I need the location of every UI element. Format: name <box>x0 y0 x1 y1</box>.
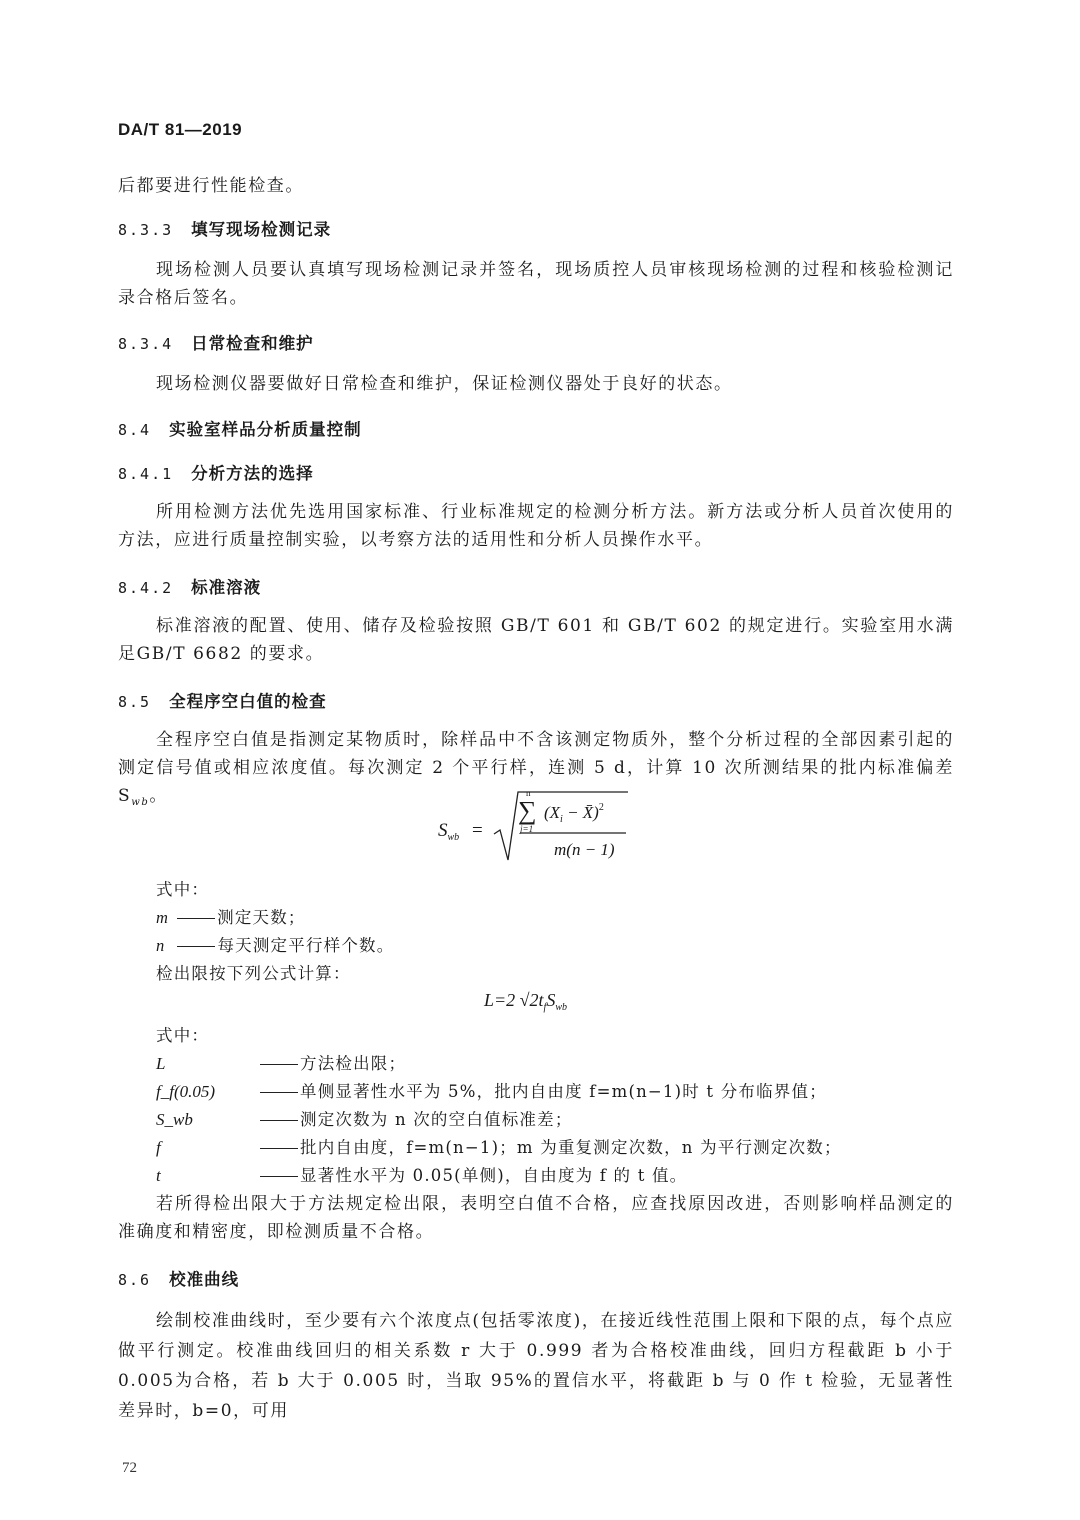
where-label-2: 式中： <box>156 1022 209 1046</box>
section-heading-8-4-1: 8.4.1分析方法的选择 <box>118 460 314 484</box>
definition-Swb: S_wb测定次数为 n 次的空白值标准差； <box>156 1106 573 1130</box>
def-symbol: L <box>156 1054 260 1074</box>
em-dash <box>177 946 215 947</box>
sum-lower: j=1 <box>520 824 533 834</box>
section-body-8-4-1: 所用检测方法优先选用国家标准、行业标准规定的检测分析方法。新方法或分析人员首次使… <box>118 498 954 554</box>
em-dash <box>260 1064 298 1065</box>
lod-intro: 检出限按下列公式计算： <box>156 960 351 984</box>
section-number: 8.4.2 <box>118 579 173 597</box>
em-dash <box>260 1176 298 1177</box>
section-heading-8-3-3: 8.3.3填写现场检测记录 <box>118 216 331 240</box>
section-body-8-6: 绘制校准曲线时，至少要有六个浓度点(包括零浓度)，在接近线性范围上限和下限的点，… <box>118 1306 954 1426</box>
def-text: 显著性水平为 0.05(单侧)，自由度为 f 的 t 值。 <box>300 1166 687 1185</box>
numerator-x: (X <box>544 803 560 822</box>
formula-lhs-sub: wb <box>448 832 460 843</box>
section-body-8-3-3: 现场检测人员要认真填写现场检测记录并签名，现场质控人员审核现场检测的过程和核验检… <box>118 256 954 312</box>
section-title: 实验室样品分析质量控制 <box>169 420 362 439</box>
section-number: 8.3.3 <box>118 221 173 239</box>
numerator-sup: 2 <box>599 802 604 813</box>
def-symbol: f <box>156 1138 260 1158</box>
sum-icon: ∑ <box>518 796 537 826</box>
section-title: 校准曲线 <box>169 1270 239 1289</box>
section-title: 分析方法的选择 <box>191 464 314 483</box>
definition-t: t显著性水平为 0.05(单侧)，自由度为 f 的 t 值。 <box>156 1162 687 1186</box>
section-body-8-3-4: 现场检测仪器要做好日常检查和维护，保证检测仪器处于良好的状态。 <box>156 370 733 398</box>
def-text: 单侧显著性水平为 5%，批内自由度 f=m(n−1)时 t 分布临界值； <box>300 1082 827 1101</box>
em-dash <box>260 1148 298 1149</box>
formula-std-dev: Swb = n ∑ j=1 (Xi − X̄)2 m(n − 1) <box>436 790 676 870</box>
definition-m: m测定天数； <box>156 904 306 928</box>
subscript: wb <box>131 797 149 808</box>
em-dash <box>177 918 215 919</box>
em-dash <box>260 1092 298 1093</box>
document-page: DA/T 81—2019 后都要进行性能检查。 8.3.3填写现场检测记录 现场… <box>0 0 1080 1520</box>
page-number: 72 <box>122 1460 137 1477</box>
def-text: 方法检出限； <box>300 1054 406 1073</box>
formula-lhs: S <box>438 820 448 841</box>
def-symbol: n <box>156 936 165 955</box>
definition-f: f批内自由度，f=m(n−1)；m 为重复测定次数，n 为平行测定次数； <box>156 1134 842 1158</box>
section-number: 8.3.4 <box>118 335 173 353</box>
section-heading-8-5: 8.5全程序空白值的检查 <box>118 688 327 712</box>
standard-code: DA/T 81—2019 <box>118 120 242 140</box>
section-number: 8.4 <box>118 421 151 439</box>
body-end: 。 <box>149 786 168 806</box>
section-title: 日常检查和维护 <box>191 334 314 353</box>
section-heading-8-4-2: 8.4.2标准溶液 <box>118 574 261 598</box>
def-symbol: f_f(0.05) <box>156 1082 260 1102</box>
section-number: 8.5 <box>118 693 151 711</box>
formula-equals: = <box>472 820 483 842</box>
section-title: 填写现场检测记录 <box>191 220 331 239</box>
definition-L: L方法检出限； <box>156 1050 406 1074</box>
section-title: 标准溶液 <box>191 578 261 597</box>
formula-tail-sub: wb <box>555 1002 567 1013</box>
definition-ff: f_f(0.05)单侧显著性水平为 5%，批内自由度 f=m(n−1)时 t 分… <box>156 1078 827 1102</box>
formula-tail: S <box>546 990 555 1010</box>
def-symbol: m <box>156 908 169 927</box>
def-text: 测定次数为 n 次的空白值标准差； <box>300 1110 573 1129</box>
formula-text: L=2 √2t <box>484 990 544 1010</box>
definition-n: n每天测定平行样个数。 <box>156 932 394 956</box>
def-text: 每天测定平行样个数。 <box>217 936 394 955</box>
numerator-mid: − X̄) <box>563 803 599 822</box>
where-label-1: 式中： <box>156 876 209 900</box>
section-number: 8.6 <box>118 1271 151 1289</box>
section-number: 8.4.1 <box>118 465 173 483</box>
def-symbol: t <box>156 1166 260 1186</box>
section-heading-8-4: 8.4实验室样品分析质量控制 <box>118 416 362 440</box>
formula-detection-limit: L=2 √2tfSwb <box>484 990 567 1013</box>
section-title: 全程序空白值的检查 <box>169 692 327 711</box>
conclusion-paragraph: 若所得检出限大于方法规定检出限，表明空白值不合格，应查找原因改进，否则影响样品测… <box>118 1190 954 1246</box>
section-heading-8-3-4: 8.3.4日常检查和维护 <box>118 330 314 354</box>
continuation-line: 后都要进行性能检查。 <box>118 172 304 200</box>
def-symbol: S_wb <box>156 1110 260 1130</box>
em-dash <box>260 1120 298 1121</box>
section-heading-8-6: 8.6校准曲线 <box>118 1266 239 1290</box>
denominator: m(n − 1) <box>554 840 615 860</box>
def-text: 测定天数； <box>217 908 306 927</box>
section-body-8-4-2: 标准溶液的配置、使用、储存及检验按照 GB/T 601 和 GB/T 602 的… <box>118 612 954 668</box>
def-text: 批内自由度，f=m(n−1)；m 为重复测定次数，n 为平行测定次数； <box>300 1138 842 1157</box>
